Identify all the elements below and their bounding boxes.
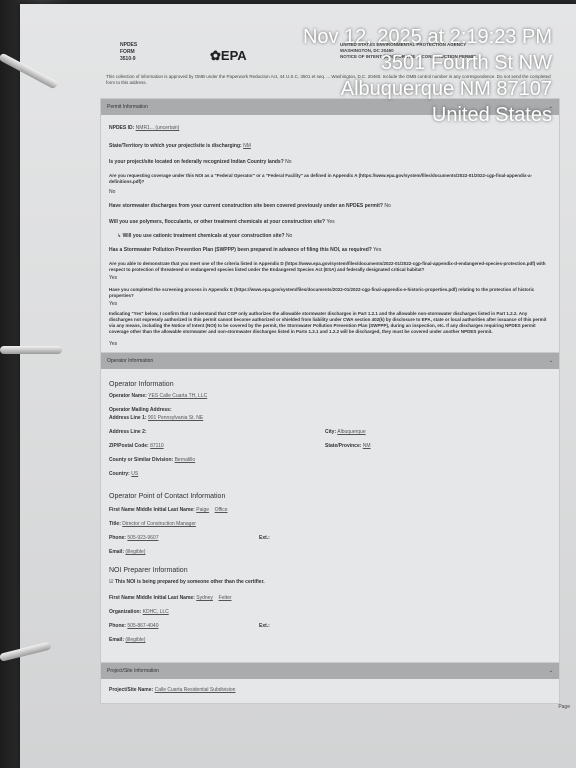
project-site-information-header[interactable]: Project/Site Information⌄ <box>101 663 559 679</box>
operator-information-header[interactable]: Operator Information⌄ <box>101 353 559 369</box>
checkbox-checked-icon[interactable]: ☑ <box>109 579 113 585</box>
permit-information-panel: Permit Information⌄ NPDES ID: NMR1... (u… <box>100 98 560 356</box>
operator-information-panel: Operator Information⌄ Operator Informati… <box>100 352 560 664</box>
page-number: Page <box>558 704 570 710</box>
photo-timestamp-overlay: Nov 12, 2025 at 2:19:23 PM 3501 Fourth S… <box>303 24 552 128</box>
chevron-down-icon[interactable]: ⌄ <box>549 668 553 674</box>
binder-ring <box>0 346 62 354</box>
form-id: NPDES FORM 3510-9 <box>120 42 137 63</box>
project-site-information-panel: Project/Site Information⌄ Project/Site N… <box>100 662 560 704</box>
chevron-down-icon[interactable]: ⌄ <box>549 358 553 364</box>
epa-logo: ✿EPA <box>210 48 247 64</box>
